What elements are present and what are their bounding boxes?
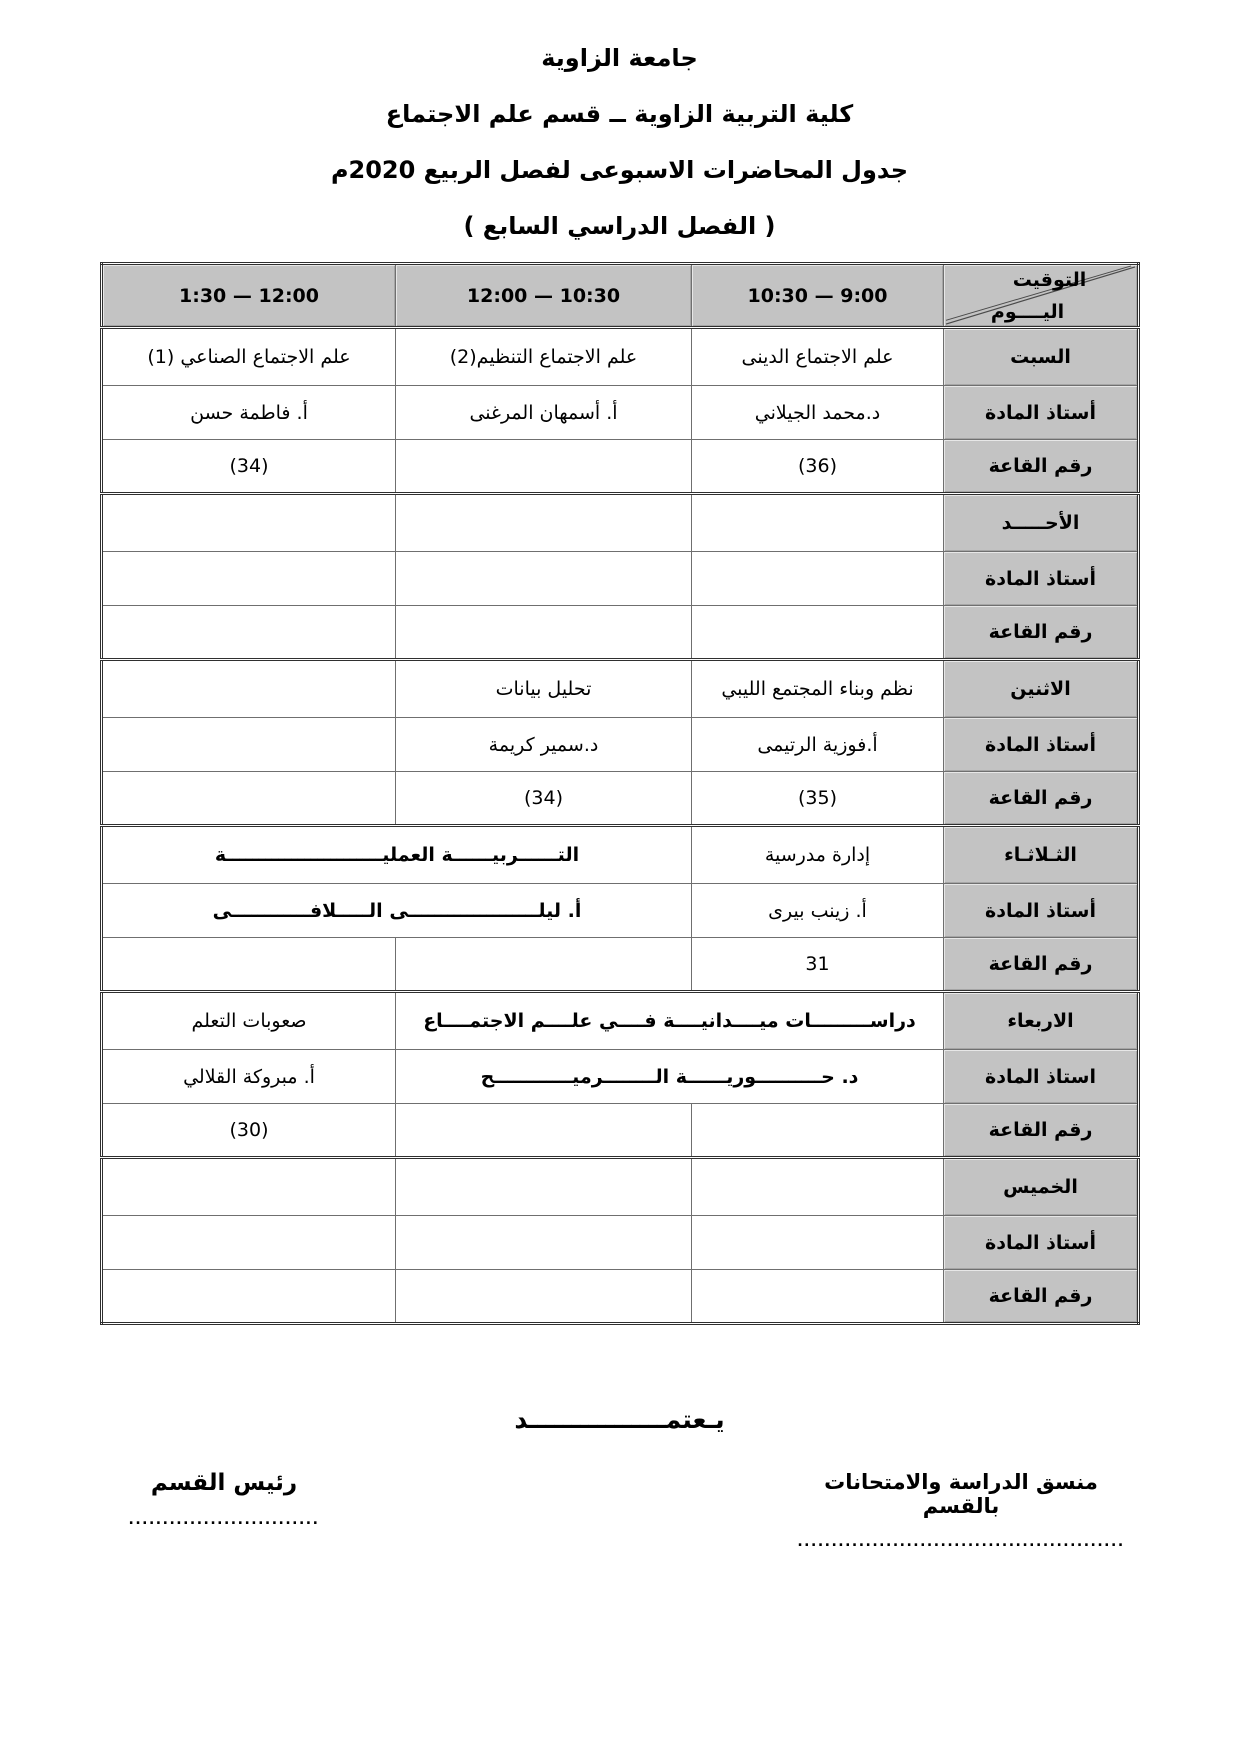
sat-teacher-1030: أ. أسمهان المرغنى xyxy=(396,386,692,440)
sat-room-1200: (34) xyxy=(102,440,396,494)
sat-teacher-label: أستاذ المادة xyxy=(944,386,1139,440)
tue-room-1030 xyxy=(396,938,692,992)
thu-room-0900 xyxy=(692,1270,944,1324)
mon-teacher-1030: د.سمير كريمة xyxy=(396,718,692,772)
signature-block-coordinator: منسق الدراسة والامتحانات بالقسم ........… xyxy=(785,1470,1137,1550)
mon-room-1200 xyxy=(102,772,396,826)
tue-room-0900-value: 31 xyxy=(805,953,829,975)
wed-room-1200: (30) xyxy=(102,1104,396,1158)
tue-subject-0900: إدارة مدرسية xyxy=(692,826,944,884)
weekly-schedule-table: التوقيت اليــــوم 10:30 — 9:00 12:00 — 1… xyxy=(100,262,1140,1325)
mon-subject-0900: نظم وبناء المجتمع الليبي xyxy=(692,660,944,718)
wed-room-1030 xyxy=(396,1104,692,1158)
sat-subject-0900: علم الاجتماع الدينى xyxy=(692,328,944,386)
tue-room-1200 xyxy=(102,938,396,992)
mon-room-1030-value: (34) xyxy=(524,787,563,809)
tue-teacher-0900: أ. زينب بيرى xyxy=(692,884,944,938)
day-thursday: الخميس xyxy=(944,1158,1139,1216)
tue-teacher-label: أستاذ المادة xyxy=(944,884,1139,938)
sun-room-0900 xyxy=(692,606,944,660)
sat-room-label: رقم القاعة xyxy=(944,440,1139,494)
sun-teacher-1030 xyxy=(396,552,692,606)
time-slot-3-text: 1:30 — 12:00 xyxy=(179,285,319,307)
document-page: جامعة الزاوية كلية التربية الزاوية ــ قس… xyxy=(0,0,1241,1754)
sun-subject-0900 xyxy=(692,494,944,552)
time-slot-3-header: 1:30 — 12:00 xyxy=(102,264,396,328)
sat-subject-1030: علم الاجتماع التنظيم(2) xyxy=(396,328,692,386)
time-slot-1-text: 10:30 — 9:00 xyxy=(748,285,888,307)
wed-room-0900 xyxy=(692,1104,944,1158)
corner-timing-label: التوقيت xyxy=(962,267,1137,293)
tue-room-label: رقم القاعة xyxy=(944,938,1139,992)
wed-teacher-label: استاذ المادة xyxy=(944,1050,1139,1104)
sat-teacher-1200: أ. فاطمة حسن xyxy=(102,386,396,440)
day-saturday: السبت xyxy=(944,328,1139,386)
sun-room-1200 xyxy=(102,606,396,660)
sun-teacher-label: أستاذ المادة xyxy=(944,552,1139,606)
semester-subtitle: ( الفصل الدراسي السابع ) xyxy=(101,198,1138,254)
mon-room-1030: (34) xyxy=(396,772,692,826)
thu-teacher-1030 xyxy=(396,1216,692,1270)
university-name: جامعة الزاوية xyxy=(101,30,1138,86)
mon-teacher-0900: أ.فوزية الرتيمى xyxy=(692,718,944,772)
corner-cell-timing-day: التوقيت اليــــوم xyxy=(944,264,1139,328)
coordinator-signature-line: ........................................… xyxy=(785,1534,1137,1550)
thu-teacher-label: أستاذ المادة xyxy=(944,1216,1139,1270)
mon-room-0900-value: (35) xyxy=(798,787,837,809)
mon-subject-1200 xyxy=(102,660,396,718)
day-monday: الاثنين xyxy=(944,660,1139,718)
thu-teacher-0900 xyxy=(692,1216,944,1270)
day-wednesday: الاربعاء xyxy=(944,992,1139,1050)
sun-teacher-0900 xyxy=(692,552,944,606)
wed-subject-merged-0900-1200: دراســـــــــات ميــــدانيــــة فــــي ع… xyxy=(396,992,944,1050)
sat-room-1030 xyxy=(396,440,692,494)
signature-block-head-of-department: رئيس القسم ............................ xyxy=(115,1470,333,1528)
tue-room-0900: 31 xyxy=(692,938,944,992)
tue-teacher-merged-1030-0130: أ. ليلــــــــــــــــــــى الـــــلافــ… xyxy=(102,884,692,938)
wed-subject-1200: صعوبات التعلم xyxy=(102,992,396,1050)
document-header: جامعة الزاوية كلية التربية الزاوية ــ قس… xyxy=(101,30,1138,254)
time-slot-1-header: 10:30 — 9:00 xyxy=(692,264,944,328)
corner-day-label: اليــــوم xyxy=(944,299,1111,325)
wed-teacher-merged-0900-1200: د. حــــــــــوريــــــة الــــــــرميــ… xyxy=(396,1050,944,1104)
thu-room-1200 xyxy=(102,1270,396,1324)
faculty-department-name: كلية التربية الزاوية ــ قسم علم الاجتماع xyxy=(101,86,1138,142)
thu-subject-1030 xyxy=(396,1158,692,1216)
thu-room-label: رقم القاعة xyxy=(944,1270,1139,1324)
mon-room-label: رقم القاعة xyxy=(944,772,1139,826)
sun-room-1030 xyxy=(396,606,692,660)
sat-room-0900: (36) xyxy=(692,440,944,494)
sat-room-1200-value: (34) xyxy=(229,455,268,477)
head-of-department-signature-line: ............................ xyxy=(115,1512,333,1528)
schedule-title: جدول المحاضرات الاسبوعى لفصل الربيع 2020… xyxy=(101,142,1138,198)
day-tuesday: الثـلاثـاء xyxy=(944,826,1139,884)
mon-teacher-label: أستاذ المادة xyxy=(944,718,1139,772)
time-slot-2-header: 12:00 — 10:30 xyxy=(396,264,692,328)
wed-room-label: رقم القاعة xyxy=(944,1104,1139,1158)
wed-teacher-1200: أ. مبروكة القلالي xyxy=(102,1050,396,1104)
tue-subject-merged-1030-0130: التــــــربيــــــة العمليــــــــــــــ… xyxy=(102,826,692,884)
mon-room-0900: (35) xyxy=(692,772,944,826)
coordinator-title: منسق الدراسة والامتحانات بالقسم xyxy=(785,1470,1137,1518)
sun-subject-1200 xyxy=(102,494,396,552)
thu-room-1030 xyxy=(396,1270,692,1324)
day-sunday: الأحـــــد xyxy=(944,494,1139,552)
sat-teacher-0900: د.محمد الجيلاني xyxy=(692,386,944,440)
mon-subject-1030: تحليل بيانات xyxy=(396,660,692,718)
sat-room-0900-value: (36) xyxy=(798,455,837,477)
thu-teacher-1200 xyxy=(102,1216,396,1270)
sat-subject-1200: علم الاجتماع الصناعي (1) xyxy=(102,328,396,386)
time-slot-2-text: 12:00 — 10:30 xyxy=(467,285,620,307)
sun-subject-1030 xyxy=(396,494,692,552)
sun-room-label: رقم القاعة xyxy=(944,606,1139,660)
approval-word: يـعتمــــــــــــــــد xyxy=(101,1405,1138,1434)
mon-teacher-1200 xyxy=(102,718,396,772)
thu-subject-1200 xyxy=(102,1158,396,1216)
sun-teacher-1200 xyxy=(102,552,396,606)
wed-room-1200-value: (30) xyxy=(229,1119,268,1141)
thu-subject-0900 xyxy=(692,1158,944,1216)
head-of-department-title: رئيس القسم xyxy=(115,1470,333,1496)
